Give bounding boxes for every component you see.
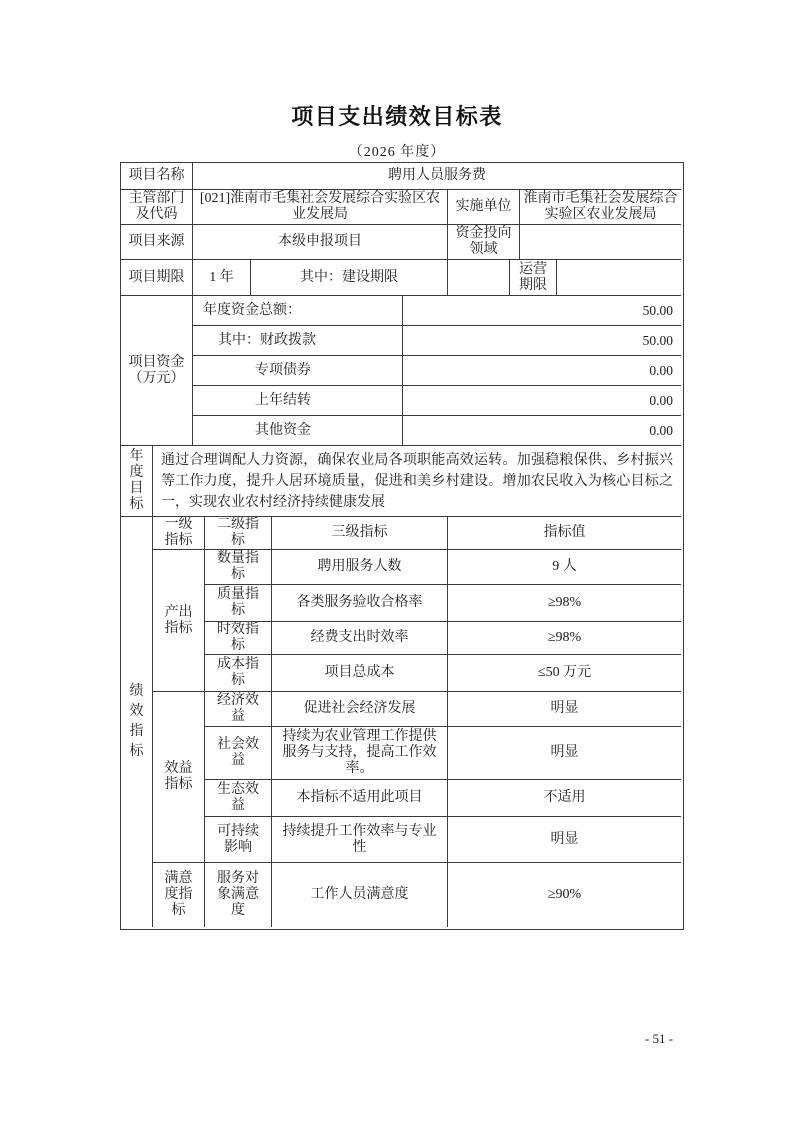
indicator-header-level3: 三级指标	[272, 517, 448, 550]
indicator-row-social-level2: 社会效益	[205, 727, 272, 780]
indicators-label: 绩效指标	[121, 517, 153, 927]
funds-label: 项目资金（万元）	[121, 296, 193, 446]
fund-row-other-value: 0.00	[403, 416, 681, 446]
document-page: 项目支出绩效目标表 （2026 年度） 项目名称 聘用人员服务费 主管部门及代码…	[0, 0, 794, 1122]
indicator-row-timeliness-level2: 时效指标	[205, 622, 272, 655]
indicator-row-economic-level3: 促进社会经济发展	[272, 692, 448, 727]
source-value: 本级申报项目	[193, 225, 448, 260]
operation-period-label: 运营期限	[510, 260, 557, 296]
impl-unit-value: 淮南市毛集社会发展综合实验区农业发展局	[520, 190, 681, 225]
indicator-row-satisfaction-level2: 服务对象满意度	[205, 863, 272, 927]
annual-goal-text: 通过合理调配人力资源，确保农业局各项职能高效运转。加强稳粮保供、乡村振兴等工作力…	[153, 446, 681, 517]
fund-row-total-value: 50.00	[403, 296, 681, 326]
project-name-value: 聘用人员服务费	[193, 163, 681, 190]
indicator-row-sustain-value: 明显	[448, 817, 681, 863]
indicator-row-timeliness-value: ≥98%	[448, 622, 681, 655]
fund-row-fiscal-value: 50.00	[403, 326, 681, 356]
page-subtitle: （2026 年度）	[0, 141, 794, 161]
indicator-row-quality-level3: 各类服务验收合格率	[272, 585, 448, 622]
page-number: - 51 -	[619, 1031, 699, 1047]
operation-period-value	[557, 260, 681, 296]
fund-row-carryover-value: 0.00	[403, 386, 681, 416]
satisfaction-group-label: 满意度指标	[153, 863, 205, 927]
performance-target-table: 项目名称 聘用人员服务费 主管部门及代码 [021]淮南市毛集社会发展综合实验区…	[120, 162, 684, 930]
fund-row-fiscal-name: 其中：财政拨款	[193, 326, 403, 356]
fund-direction-label: 资金投向领域	[448, 225, 520, 260]
department-value: [021]淮南市毛集社会发展综合实验区农业发展局	[193, 190, 448, 225]
indicator-row-satisfaction-level3: 工作人员满意度	[272, 863, 448, 927]
indicator-row-timeliness-level3: 经费支出时效率	[272, 622, 448, 655]
annual-goal-label: 年度目标	[121, 446, 153, 517]
indicator-row-social-value: 明显	[448, 727, 681, 780]
indicator-header-value: 指标值	[448, 517, 681, 550]
indicator-row-cost-value: ≤50 万元	[448, 655, 681, 692]
indicator-row-quantity-level3: 聘用服务人数	[272, 550, 448, 585]
benefit-group-label: 效益指标	[153, 692, 205, 863]
fund-row-bond-value: 0.00	[403, 356, 681, 386]
indicator-row-cost-level2: 成本指标	[205, 655, 272, 692]
indicator-row-sustain-level2: 可持续影响	[205, 817, 272, 863]
impl-unit-label: 实施单位	[448, 190, 520, 225]
indicator-row-cost-level3: 项目总成本	[272, 655, 448, 692]
period-label: 项目期限	[121, 260, 193, 296]
fund-row-total-name: 年度资金总额：	[193, 296, 403, 326]
fund-direction-value	[520, 225, 681, 260]
fund-row-bond-name: 专项债券	[193, 356, 403, 386]
fund-row-other-name: 其他资金	[193, 416, 403, 446]
output-group-label: 产出指标	[153, 550, 205, 692]
indicator-row-quality-level2: 质量指标	[205, 585, 272, 622]
indicator-row-social-level3: 持续为农业管理工作提供服务与支持，提高工作效率。	[272, 727, 448, 780]
department-label: 主管部门及代码	[121, 190, 193, 225]
indicator-row-economic-level2: 经济效益	[205, 692, 272, 727]
construction-period-label: 其中：建设期限	[251, 260, 448, 296]
indicator-row-sustain-level3: 持续提升工作效率与专业性	[272, 817, 448, 863]
period-value: 1 年	[193, 260, 251, 296]
source-label: 项目来源	[121, 225, 193, 260]
page-title: 项目支出绩效目标表	[0, 100, 794, 131]
indicator-row-quality-value: ≥98%	[448, 585, 681, 622]
project-name-label: 项目名称	[121, 163, 193, 190]
indicator-row-ecological-value: 不适用	[448, 780, 681, 817]
indicator-header-level1: 一级指标	[153, 517, 205, 550]
indicator-row-quantity-level2: 数量指标	[205, 550, 272, 585]
indicator-row-economic-value: 明显	[448, 692, 681, 727]
indicator-row-quantity-value: 9 人	[448, 550, 681, 585]
indicator-row-ecological-level2: 生态效益	[205, 780, 272, 817]
indicator-header-level2: 二级指标	[205, 517, 272, 550]
construction-period-value	[448, 260, 510, 296]
indicator-row-satisfaction-value: ≥90%	[448, 863, 681, 927]
indicator-row-ecological-level3: 本指标不适用此项目	[272, 780, 448, 817]
fund-row-carryover-name: 上年结转	[193, 386, 403, 416]
